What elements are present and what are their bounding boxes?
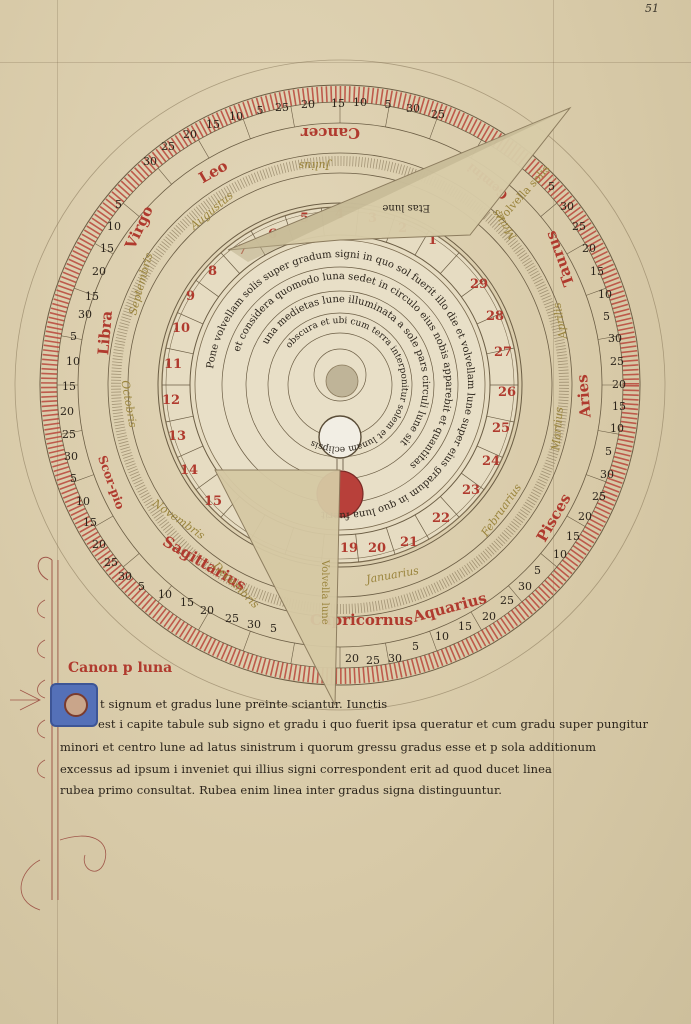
svg-text:20: 20 (345, 652, 359, 665)
svg-text:13: 13 (168, 429, 186, 444)
svg-text:25: 25 (62, 428, 76, 441)
svg-text:25: 25 (161, 140, 175, 153)
canon-heading: Canon p luna (68, 660, 172, 676)
svg-text:15: 15 (206, 118, 220, 131)
svg-text:Etas lune: Etas lune (382, 202, 430, 213)
svg-text:10: 10 (229, 110, 243, 123)
svg-text:10: 10 (353, 96, 367, 109)
svg-text:10: 10 (172, 321, 190, 336)
canon-line-4: excessus ad ipsum i inveniet qui illius … (60, 762, 552, 776)
svg-text:25: 25 (366, 654, 380, 667)
svg-text:30: 30 (600, 468, 614, 481)
svg-text:Volvella lune: Volvella lune (319, 559, 330, 625)
svg-text:5: 5 (412, 640, 419, 653)
svg-text:10: 10 (553, 548, 567, 561)
canon-line-5: rubea primo consultat. Rubea enim linea … (60, 783, 502, 797)
svg-text:Leo: Leo (196, 156, 231, 187)
svg-text:15: 15 (204, 494, 222, 509)
svg-text:Martius: Martius (549, 406, 566, 452)
svg-text:30: 30 (78, 308, 92, 321)
svg-text:Augustus: Augustus (187, 189, 236, 233)
svg-text:10: 10 (598, 288, 612, 301)
illuminated-initial (50, 683, 98, 727)
svg-text:29: 29 (470, 277, 488, 292)
svg-text:27: 27 (494, 345, 512, 360)
svg-text:10: 10 (435, 630, 449, 643)
svg-text:20: 20 (578, 510, 592, 523)
svg-text:25: 25 (610, 355, 624, 368)
svg-text:5: 5 (115, 198, 122, 211)
svg-text:Virgo: Virgo (121, 203, 157, 253)
svg-text:Scor-pio: Scor-pio (95, 454, 127, 512)
canon-line-2: est i capite tabule sub signo et gradu i… (98, 717, 648, 731)
svg-text:5: 5 (138, 580, 145, 593)
svg-text:30: 30 (560, 200, 574, 213)
svg-text:20: 20 (612, 378, 626, 391)
svg-text:15: 15 (180, 596, 194, 609)
canon-line-1: t signum et gradus lune preinte sciantur… (100, 697, 550, 711)
svg-text:15: 15 (458, 620, 472, 633)
svg-text:25: 25 (225, 612, 239, 625)
svg-text:Decembris: Decembris (209, 559, 262, 612)
svg-text:30: 30 (388, 652, 402, 665)
svg-text:5: 5 (548, 180, 555, 193)
svg-text:5: 5 (70, 330, 77, 343)
svg-text:12: 12 (162, 393, 180, 408)
svg-text:15: 15 (566, 530, 580, 543)
svg-text:20: 20 (582, 242, 596, 255)
svg-text:Aquarius: Aquarius (410, 589, 489, 626)
svg-text:15: 15 (62, 380, 76, 393)
zodiac-cancer: Cancer (300, 124, 360, 142)
svg-text:30: 30 (518, 580, 532, 593)
manuscript-page: 51 (0, 0, 691, 1024)
svg-text:9: 9 (186, 289, 195, 304)
svg-text:26: 26 (498, 385, 516, 400)
svg-text:10: 10 (610, 422, 624, 435)
svg-text:5: 5 (534, 564, 541, 577)
svg-text:25: 25 (275, 101, 289, 114)
svg-text:8: 8 (208, 264, 217, 279)
svg-text:20: 20 (60, 405, 74, 418)
ring-number: 15 (331, 97, 345, 110)
svg-text:10: 10 (76, 495, 90, 508)
svg-text:15: 15 (612, 400, 626, 413)
svg-text:15: 15 (100, 242, 114, 255)
svg-text:23: 23 (462, 483, 480, 498)
svg-text:20: 20 (92, 265, 106, 278)
svg-text:25: 25 (500, 594, 514, 607)
svg-text:10: 10 (158, 588, 172, 601)
svg-text:25: 25 (572, 220, 586, 233)
svg-text:10: 10 (107, 220, 121, 233)
svg-text:5: 5 (257, 104, 264, 117)
svg-text:30: 30 (406, 102, 420, 115)
svg-text:30: 30 (64, 450, 78, 463)
svg-text:22: 22 (432, 511, 450, 526)
svg-text:10: 10 (66, 355, 80, 368)
svg-text:24: 24 (482, 454, 500, 469)
svg-text:5: 5 (605, 445, 612, 458)
svg-text:30: 30 (143, 155, 157, 168)
svg-text:Libra: Libra (94, 310, 116, 356)
svg-text:Julius: Julius (298, 159, 332, 172)
svg-text:30: 30 (247, 618, 261, 631)
svg-text:Aries: Aries (573, 374, 595, 420)
svg-text:Septembris: Septembris (126, 251, 155, 316)
svg-text:Februarius: Februarius (478, 481, 524, 540)
svg-text:25: 25 (592, 490, 606, 503)
svg-text:20: 20 (368, 541, 386, 556)
svg-text:20: 20 (183, 128, 197, 141)
initial-ornament-icon (64, 693, 88, 717)
svg-text:15: 15 (85, 290, 99, 303)
svg-text:25: 25 (492, 421, 510, 436)
svg-text:5: 5 (603, 310, 610, 323)
svg-text:28: 28 (486, 309, 504, 324)
svg-text:Januarius: Januarius (363, 564, 420, 586)
svg-text:15: 15 (83, 516, 97, 529)
canon-line-3: minori et centro lune ad latus sinistrum… (60, 740, 596, 754)
svg-text:5: 5 (385, 98, 392, 111)
svg-text:20: 20 (301, 98, 315, 111)
svg-text:14: 14 (180, 463, 198, 478)
svg-text:15: 15 (590, 265, 604, 278)
svg-text:19: 19 (340, 541, 358, 556)
svg-text:20: 20 (200, 604, 214, 617)
svg-text:11: 11 (164, 357, 182, 372)
svg-text:20: 20 (482, 610, 496, 623)
svg-text:30: 30 (608, 332, 622, 345)
svg-text:Aprilis: Aprilis (550, 301, 569, 340)
svg-text:5: 5 (70, 472, 77, 485)
svg-text:5: 5 (270, 622, 277, 635)
svg-text:21: 21 (400, 535, 418, 550)
svg-text:25: 25 (431, 108, 445, 121)
